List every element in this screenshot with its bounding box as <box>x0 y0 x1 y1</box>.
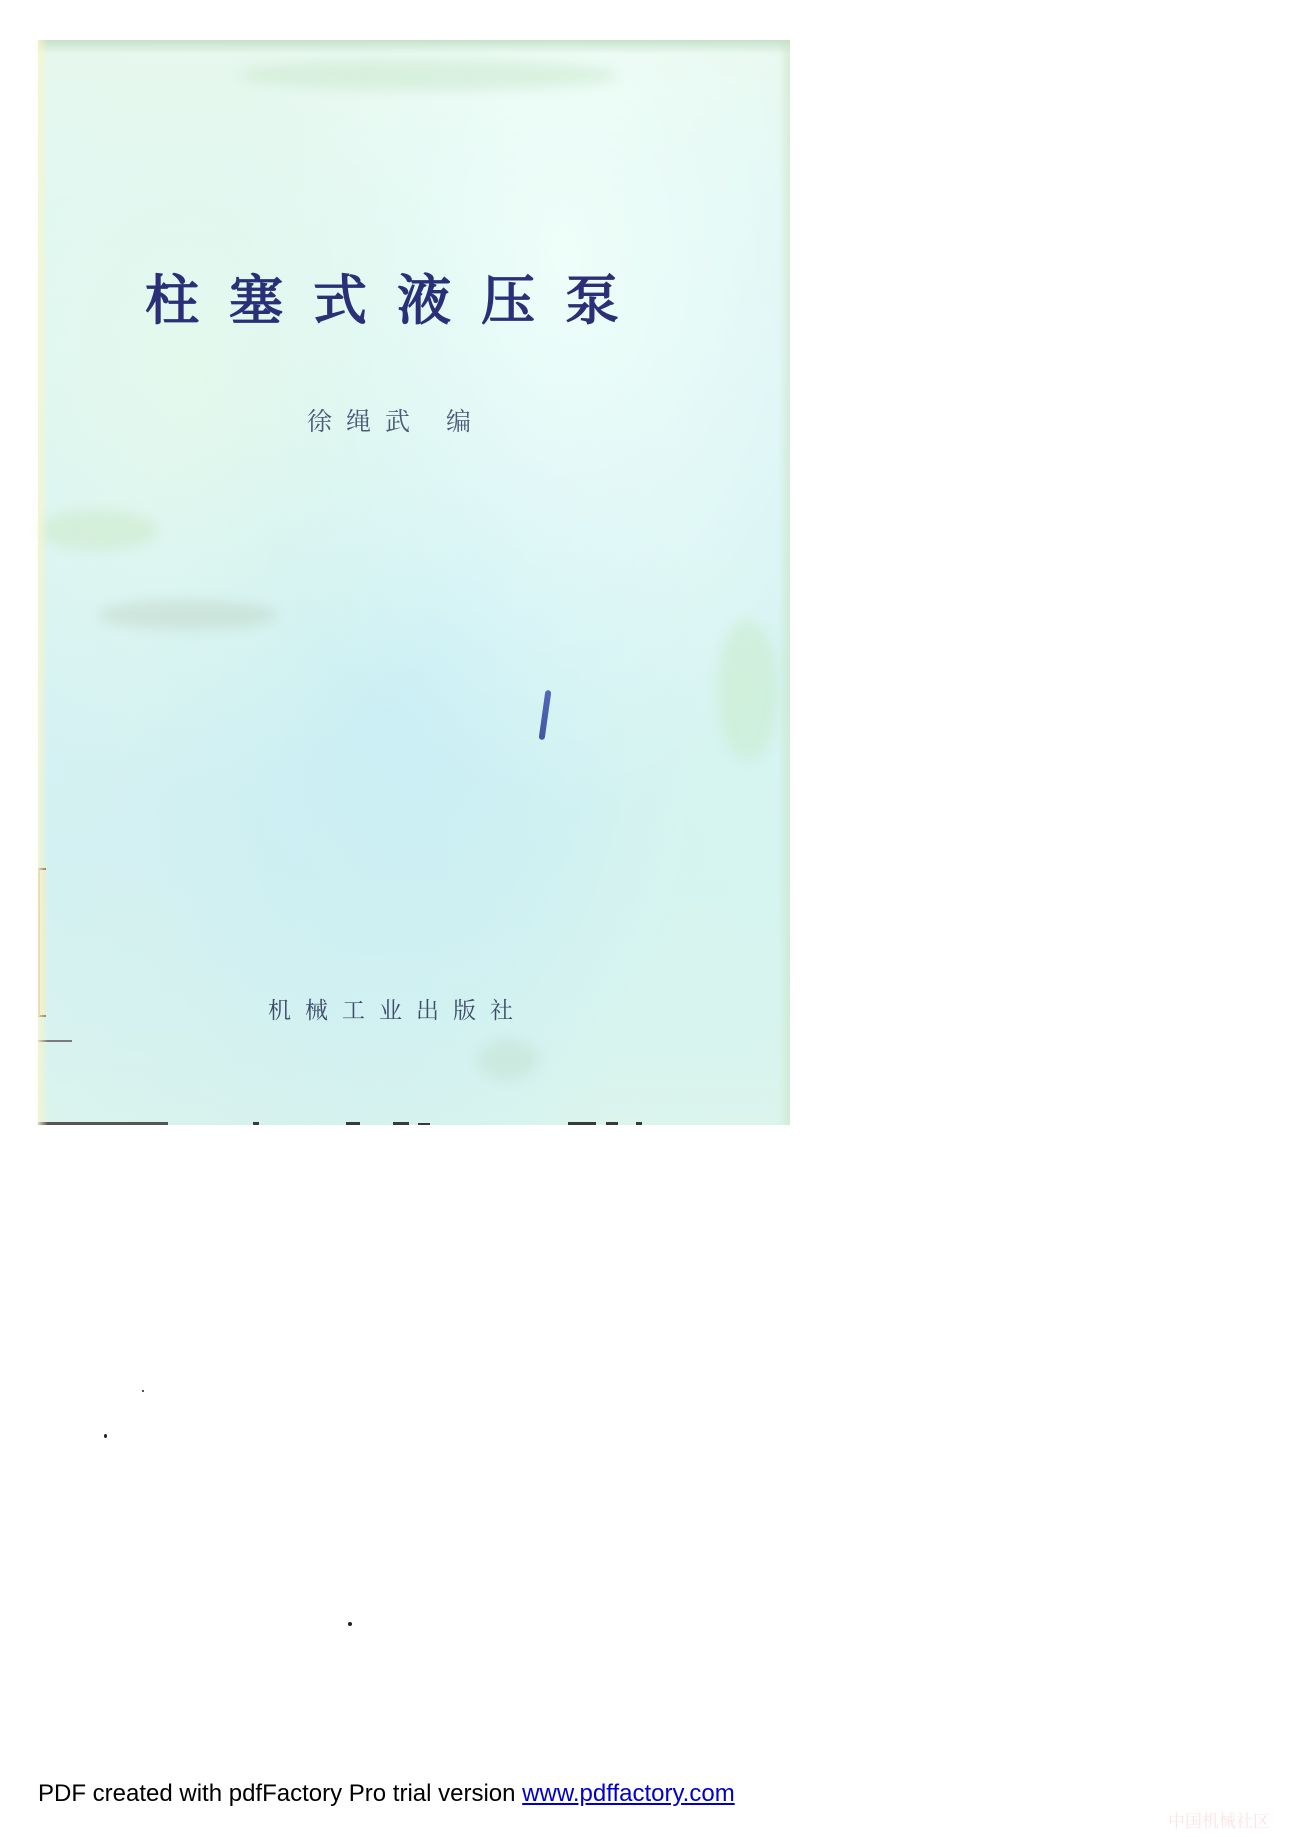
cover-edge-shading <box>778 40 790 1125</box>
book-publisher: 机械工业出版社 <box>268 992 527 1025</box>
scan-speck <box>348 1622 352 1626</box>
pdffactory-link[interactable]: www.pdffactory.com <box>522 1780 735 1807</box>
pdf-footer: PDF created with pdfFactory Pro trial ve… <box>38 1780 735 1808</box>
pen-mark <box>539 690 552 740</box>
library-spine-tick <box>38 1040 72 1042</box>
cover-bottom-edge <box>38 1119 790 1125</box>
scan-speck <box>104 1434 107 1438</box>
book-title: 柱塞式液压泵 <box>145 258 649 335</box>
cover-stain <box>98 600 278 630</box>
pdf-footer-text: PDF created with pdfFactory Pro trial ve… <box>38 1780 522 1807</box>
cover-stain <box>478 1040 538 1080</box>
scan-speck <box>142 1390 144 1392</box>
cover-stain <box>238 60 618 90</box>
book-author: 徐绳武 编 <box>307 402 485 438</box>
cover-stain <box>38 510 158 550</box>
watermark: 中国机械社区 <box>1168 1807 1270 1832</box>
cover-stain <box>718 620 778 760</box>
book-cover: 柱塞式液压泵 徐绳武 编 机械工业出版社 <box>38 40 790 1125</box>
library-spine-label <box>38 868 46 1017</box>
